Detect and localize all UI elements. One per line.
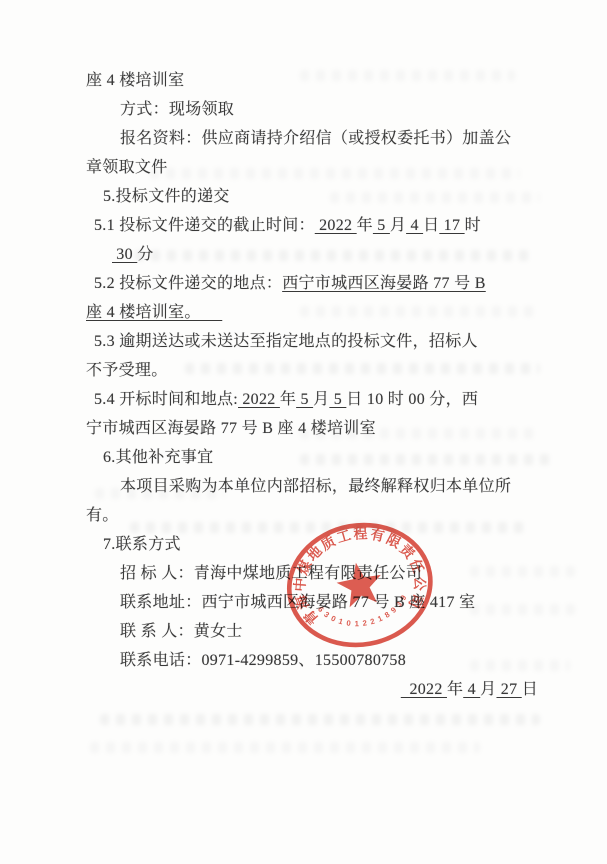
text-segment: 招 标 人：青海中煤地质工程有限责任公司 [120, 565, 422, 582]
text-segment: 有。 [86, 507, 119, 524]
text-segment: 5.4 开标时间和地点: [94, 391, 238, 408]
line-contact-person: 联 系 人：黄女士 [86, 617, 548, 646]
text-segment: 分 [137, 246, 153, 263]
heading-section-5: 5.投标文件的递交 [86, 182, 548, 211]
text-segment: 日 [423, 217, 439, 234]
line-contact-address: 联系地址：西宁市城西区海晏路 77 号 B 座 417 室 [86, 588, 548, 617]
date-day: 27 [496, 681, 521, 698]
deadline-day: 4 [406, 217, 423, 234]
line-5-4-bid-opening: 5.4 开标时间和地点: 2022 年 5 月 5 日 10 时 00 分，西 [86, 385, 548, 414]
text-segment: 日 10 时 00 分，西 [346, 391, 478, 408]
opening-month: 5 [296, 391, 313, 408]
submission-address-2: 座 4 楼培训室。 [86, 304, 222, 321]
heading-section-7: 7.联系方式 [86, 530, 548, 559]
text-segment: 7.联系方式 [103, 536, 181, 553]
text-segment: 章领取文件 [86, 159, 168, 176]
line-note-continuation: 有。 [86, 501, 548, 530]
heading-section-6: 6.其他补充事宜 [86, 443, 548, 472]
line-pickup-method: 方式：现场领取 [86, 95, 548, 124]
text-segment: 年 [447, 681, 463, 698]
text-segment: 年 [357, 217, 373, 234]
text-segment: 报名资料：供应商请持介绍信（或授权委托书）加盖公 [120, 130, 511, 147]
line-5-2-place-continuation: 座 4 楼培训室。 [86, 298, 548, 327]
text-segment: 座 4 楼培训室 [86, 72, 184, 89]
submission-address: 西宁市城西区海晏路 77 号 B [282, 275, 485, 292]
text-segment: 联 系 人：黄女士 [120, 623, 243, 640]
text-segment: 5.3 逾期送达或未送达至指定地点的投标文件，招标人 [94, 333, 478, 350]
text-segment: 不予受理。 [86, 362, 168, 379]
line-registration-materials-2: 章领取文件 [86, 153, 548, 182]
line-5-3-continuation: 不予受理。 [86, 356, 548, 385]
line-document-date: 2022 年 4 月 27 日 [86, 675, 548, 704]
line-5-3-late-delivery: 5.3 逾期送达或未送达至指定地点的投标文件，招标人 [86, 327, 548, 356]
text-segment: 宁市城西区海晏路 77 号 B 座 4 楼培训室 [86, 420, 376, 437]
deadline-year: 2022 [315, 217, 357, 234]
date-year: 2022 [401, 681, 447, 698]
line-5-4-continuation: 宁市城西区海晏路 77 号 B 座 4 楼培训室 [86, 414, 548, 443]
text-segment: 5.1 投标文件递交的截止时间： [94, 217, 315, 234]
text-segment: 5.2 投标文件递交的地点： [94, 275, 282, 292]
text-segment: 方式：现场领取 [120, 101, 234, 118]
text-segment: 月 [480, 681, 496, 698]
text-segment: 联系电话：0971-4299859、15500780758 [120, 652, 406, 669]
text-segment: 月 [313, 391, 329, 408]
line-5-1-deadline-minutes: 30 分 [86, 240, 548, 269]
deadline-minute: 30 [112, 246, 137, 263]
deadline-hour: 17 [439, 217, 464, 234]
line-internal-bidding-note: 本项目采购为本单位内部招标，最终解释权归本单位所 [86, 472, 548, 501]
text-segment: 时 [465, 217, 481, 234]
text-segment: 本项目采购为本单位内部招标，最终解释权归本单位所 [120, 478, 511, 495]
line-5-2-submission-place: 5.2 投标文件递交的地点：西宁市城西区海晏路 77 号 B [86, 269, 548, 298]
text-segment: 联系地址：西宁市城西区海晏路 77 号 B 座 417 室 [120, 594, 475, 611]
text-segment: 6.其他补充事宜 [103, 449, 213, 466]
text-segment: 日 [522, 681, 538, 698]
bleedthrough-artifact [100, 714, 540, 725]
document-body: 座 4 楼培训室 方式：现场领取 报名资料：供应商请持介绍信（或授权委托书）加盖… [86, 66, 548, 704]
opening-day: 5 [329, 391, 346, 408]
text-segment: 月 [390, 217, 406, 234]
text-segment: 年 [280, 391, 296, 408]
bleedthrough-artifact [90, 742, 480, 753]
line-registration-materials: 报名资料：供应商请持介绍信（或授权委托书）加盖公 [86, 124, 548, 153]
line-contact-phone: 联系电话：0971-4299859、15500780758 [86, 646, 548, 675]
text-segment: 5.投标文件的递交 [103, 188, 230, 205]
scanned-document-page: 座 4 楼培训室 方式：现场领取 报名资料：供应商请持介绍信（或授权委托书）加盖… [0, 0, 607, 864]
date-month: 4 [463, 681, 480, 698]
line-tenderer-name: 招 标 人：青海中煤地质工程有限责任公司 [86, 559, 548, 588]
opening-year: 2022 [238, 391, 280, 408]
line-5-1-submission-deadline: 5.1 投标文件递交的截止时间： 2022 年 5 月 4 日 17 时 [86, 211, 548, 240]
line-venue-continuation: 座 4 楼培训室 [86, 66, 548, 95]
deadline-month: 5 [373, 217, 390, 234]
